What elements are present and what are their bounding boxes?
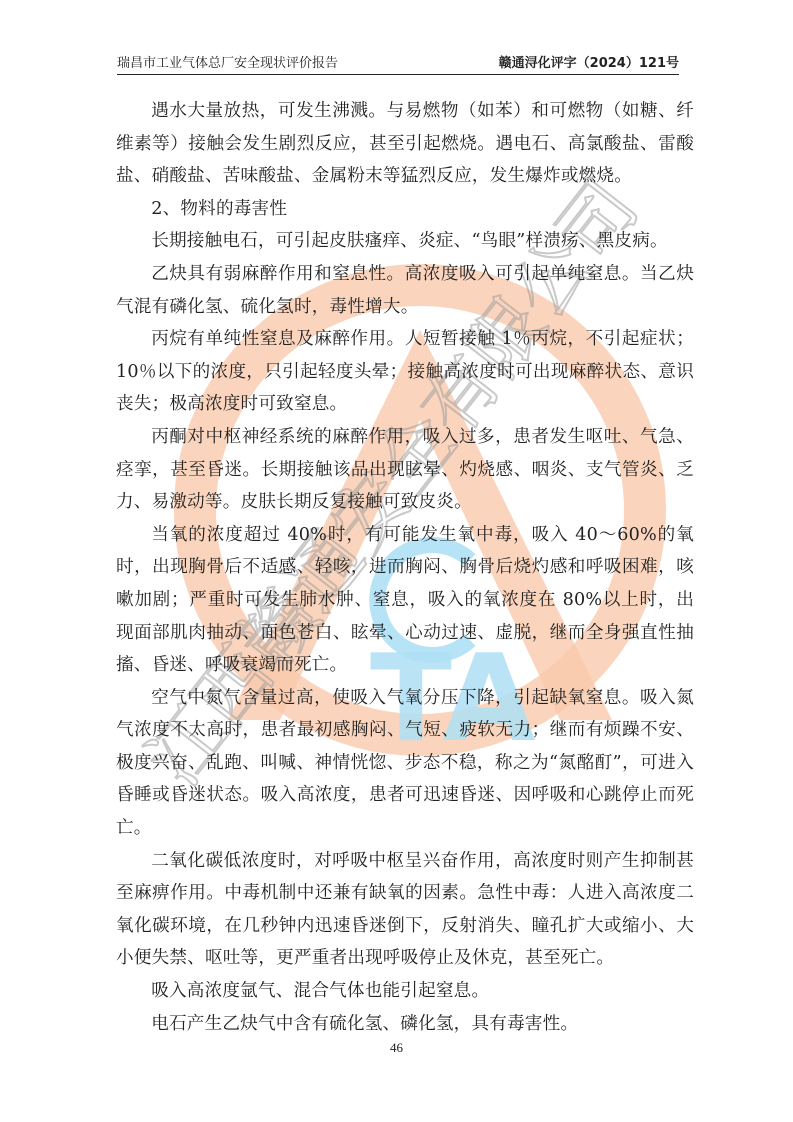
page-header: 瑞昌市工业气体总厂安全现状评价报告 赣通浔化评字（2024）121号 xyxy=(117,52,679,75)
paragraph: 吸入高浓度氩气、混合气体也能引起窒息。 xyxy=(116,975,694,1008)
paragraph: 二氧化碳低浓度时，对呼吸中枢呈兴奋作用，高浓度时则产生抑制甚至麻痹作用。中毒机制… xyxy=(116,845,694,975)
report-title: 瑞昌市工业气体总厂安全现状评价报告 xyxy=(117,52,338,71)
document-number: 赣通浔化评字（2024）121号 xyxy=(499,52,679,71)
paragraph: 乙炔具有弱麻醉作用和窒息性。高浓度吸入可引起单纯窒息。当乙炔气混有磷化氢、硫化氢… xyxy=(116,258,694,323)
paragraph: 长期接触电石，可引起皮肤瘙痒、炎症、“鸟眼”样溃疡、黑皮病。 xyxy=(116,225,694,258)
paragraph: 丙烷有单纯性窒息及麻醉作用。人短暂接触 1％丙烷，不引起症状；10％以下的浓度，… xyxy=(116,323,694,421)
page-number: 46 xyxy=(0,1040,793,1056)
paragraph: 遇水大量放热，可发生沸溅。与易燃物（如苯）和可燃物（如糖、纤维素等）接触会发生剧… xyxy=(116,95,694,193)
paragraph: 电石产生乙炔气中含有硫化氢、磷化氢，具有毒害性。 xyxy=(116,1008,694,1041)
section-heading: 2、物料的毒害性 xyxy=(116,193,694,226)
paragraph: 丙酮对中枢神经系统的麻醉作用，吸入过多，患者发生呕吐、气急、痉挛，甚至昏迷。长期… xyxy=(116,421,694,519)
paragraph: 当氧的浓度超过 40%时，有可能发生氧中毒，吸入 40～60%的氧时，出现胸骨后… xyxy=(116,519,694,682)
document-body: 遇水大量放热，可发生沸溅。与易燃物（如苯）和可燃物（如糖、纤维素等）接触会发生剧… xyxy=(116,95,694,1040)
paragraph: 空气中氮气含量过高，使吸入气氧分压下降，引起缺氧窒息。吸入氮气浓度不太高时，患者… xyxy=(116,682,694,845)
